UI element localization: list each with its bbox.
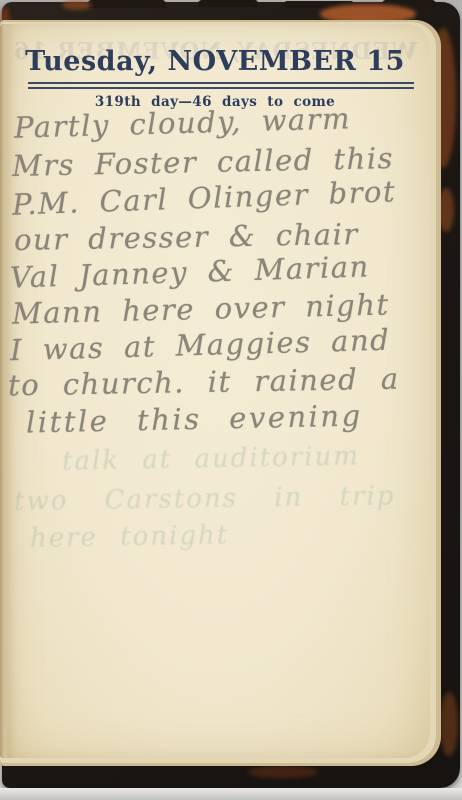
bleedthrough-line: two Carstons in trip xyxy=(14,481,396,516)
double-rule xyxy=(28,82,414,89)
entry-line: little this evening xyxy=(26,398,363,439)
scanner-background xyxy=(0,788,462,800)
scanned-diary-page: WEDNESDAY, NOVEMBER 16 Tuesday, NOVEMBER… xyxy=(0,0,462,800)
bleedthrough-line: here tonight xyxy=(30,520,230,553)
date-heading: Tuesday, NOVEMBER 15 xyxy=(0,46,430,77)
worn-leather-patch xyxy=(62,0,92,10)
entry-line: I was at Maggies and xyxy=(10,323,391,368)
bleedthrough-line: talk at auditorium xyxy=(62,441,360,476)
cover-worn-edge xyxy=(198,0,258,7)
worn-leather-patch xyxy=(440,692,458,756)
diary-page: WEDNESDAY, NOVEMBER 16 Tuesday, NOVEMBER… xyxy=(0,24,430,758)
cover-worn-edge xyxy=(88,0,166,8)
entry-line: to church. it rained a xyxy=(8,362,400,403)
worn-leather-patch xyxy=(248,766,318,778)
